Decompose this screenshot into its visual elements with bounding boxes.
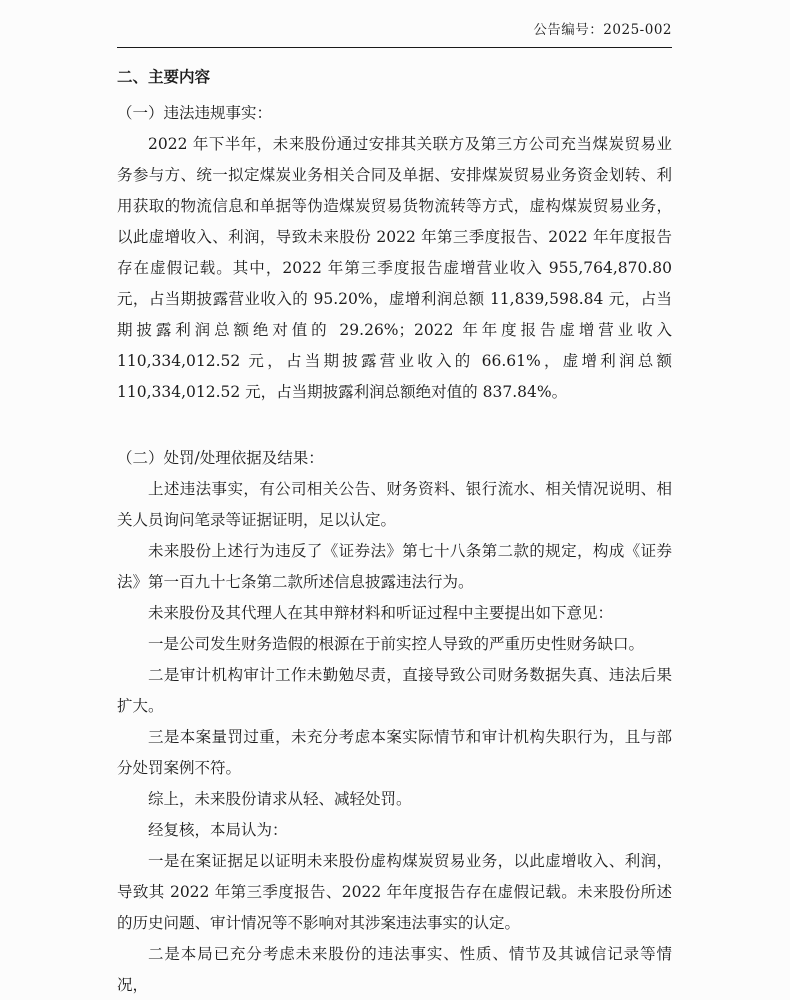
section-2-paragraph-3: 未来股份及其代理人在其申辩材料和听证过程中主要提出如下意见：: [117, 598, 672, 629]
section-2-paragraph-4: 一是公司发生财务造假的根源在于前实控人导致的严重历史性财务缺口。: [117, 629, 672, 660]
section-2-paragraph-7: 综上，未来股份请求从轻、减轻处罚。: [117, 784, 672, 815]
header-divider: [117, 47, 672, 48]
section-2-paragraph-9: 一是在案证据足以证明未来股份虚构煤炭贸易业务，以此虚增收入、利润，导致其 202…: [117, 846, 672, 939]
document-page: 公告编号：2025-002 二、主要内容 （一）违法违规事实： 2022 年下半…: [0, 0, 790, 1000]
section-2-paragraph-2: 未来股份上述行为违反了《证券法》第七十八条第二款的规定，构成《证券法》第一百九十…: [117, 536, 672, 598]
document-body: 二、主要内容 （一）违法违规事实： 2022 年下半年，未来股份通过安排其关联方…: [117, 61, 672, 1000]
announcement-number: 公告编号：2025-002: [117, 20, 672, 40]
section-2-paragraph-8: 经复核，本局认为：: [117, 815, 672, 846]
section-2-paragraph-10: 二是本局已充分考虑未来股份的违法事实、性质、情节及其诚信记录等情况，: [117, 939, 672, 1000]
section-2-paragraph-5: 二是审计机构审计工作未勤勉尽责，直接导致公司财务数据失真、违法后果扩大。: [117, 660, 672, 722]
section-penalty-basis: （二）处罚/处理依据及结果： 上述违法事实，有公司相关公告、财务资料、银行流水、…: [117, 443, 672, 1000]
section-2-title: （二）处罚/处理依据及结果：: [117, 443, 672, 474]
section-2-paragraph-6: 三是本案量罚过重，未充分考虑本案实际情节和审计机构失职行为，且与部分处罚案例不符…: [117, 722, 672, 784]
section-violation-facts: （一）违法违规事实： 2022 年下半年，未来股份通过安排其关联方及第三方公司充…: [117, 98, 672, 408]
main-heading: 二、主要内容: [117, 61, 672, 92]
section-1-title: （一）违法违规事实：: [117, 98, 672, 129]
section-1-paragraph-1: 2022 年下半年，未来股份通过安排其关联方及第三方公司充当煤炭贸易业务参与方、…: [117, 129, 672, 408]
section-2-paragraph-1: 上述违法事实，有公司相关公告、财务资料、银行流水、相关情况说明、相关人员询问笔录…: [117, 474, 672, 536]
